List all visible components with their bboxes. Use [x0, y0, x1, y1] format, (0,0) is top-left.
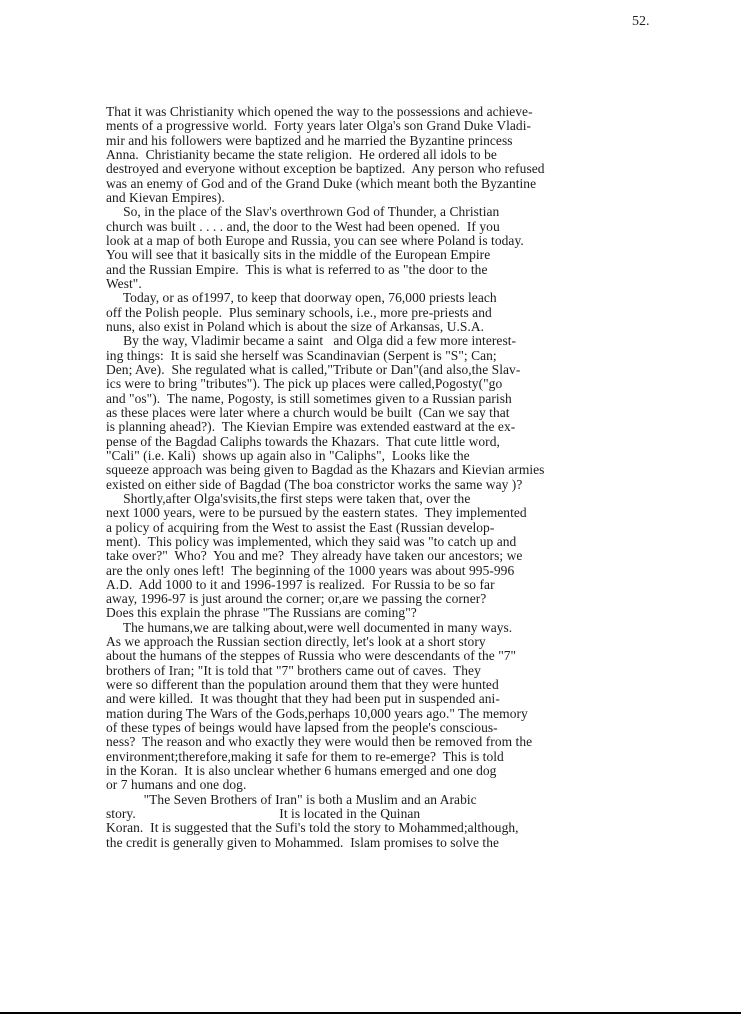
text-line: and "os"). The name, Pogosty, is still s…: [106, 392, 661, 406]
text-line: "Cali" (i.e. Kali) shows up again also i…: [106, 449, 661, 463]
text-line: Shortly,after Olga'svisits,the first ste…: [106, 492, 661, 506]
text-line: environment;therefore,making it safe for…: [106, 750, 661, 764]
text-line: ics were to bring "tributes"). The pick …: [106, 377, 661, 391]
text-line: a policy of acquiring from the West to a…: [106, 521, 661, 535]
text-line: away, 1996-97 is just around the corner;…: [106, 592, 661, 606]
text-line: or 7 humans and one dog.: [106, 778, 661, 792]
text-line: look at a map of both Europe and Russia,…: [106, 234, 661, 248]
text-line: about the humans of the steppes of Russi…: [106, 649, 661, 663]
text-line: church was built . . . . and, the door t…: [106, 220, 661, 234]
text-line: ing things: It is said she herself was S…: [106, 349, 661, 363]
text-line: squeeze approach was being given to Bagd…: [106, 463, 661, 477]
text-line: is planning ahead?). The Kievian Empire …: [106, 420, 661, 434]
text-line: the credit is generally given to Mohamme…: [106, 836, 661, 850]
text-line: was an enemy of God and of the Grand Duk…: [106, 177, 661, 191]
text-line: mir and his followers were baptized and …: [106, 134, 661, 148]
text-line: West".: [106, 277, 661, 291]
text-line: Koran. It is suggested that the Sufi's t…: [106, 821, 661, 835]
text-line: and Kievan Empires).: [106, 191, 661, 205]
text-line: take over?" Who? You and me? They alread…: [106, 549, 661, 563]
text-line: in the Koran. It is also unclear whether…: [106, 764, 661, 778]
text-line: next 1000 years, were to be pursued by t…: [106, 506, 661, 520]
text-line: You will see that it basically sits in t…: [106, 248, 661, 262]
text-line: off the Polish people. Plus seminary sch…: [106, 306, 661, 320]
text-line: By the way, Vladimir became a saint and …: [106, 334, 661, 348]
text-line: are the only ones left! The beginning of…: [106, 564, 661, 578]
text-line: A.D. Add 1000 to it and 1996-1997 is rea…: [106, 578, 661, 592]
text-line: Today, or as of1997, to keep that doorwa…: [106, 291, 661, 305]
text-line: and the Russian Empire. This is what is …: [106, 263, 661, 277]
text-line: story. It is located in the Quinan: [106, 807, 661, 821]
text-line: mation during The Wars of the Gods,perha…: [106, 707, 661, 721]
text-line: So, in the place of the Slav's overthrow…: [106, 205, 661, 219]
text-line: ness? The reason and who exactly they we…: [106, 735, 661, 749]
text-line: As we approach the Russian section direc…: [106, 635, 661, 649]
text-line: were so different than the population ar…: [106, 678, 661, 692]
text-line: Does this explain the phrase "The Russia…: [106, 606, 661, 620]
text-line: existed on either side of Bagdad (The bo…: [106, 478, 661, 492]
text-line: "The Seven Brothers of Iran" is both a M…: [106, 793, 661, 807]
text-line: brothers of Iran; "It is told that "7" b…: [106, 664, 661, 678]
text-line: as these places were later where a churc…: [106, 406, 661, 420]
page-number: 52.: [632, 14, 650, 30]
text-line: of these types of beings would have laps…: [106, 721, 661, 735]
document-body: That it was Christianity which opened th…: [106, 105, 666, 850]
text-line: ment). This policy was implemented, whic…: [106, 535, 661, 549]
text-line: nuns, also exist in Poland which is abou…: [106, 320, 661, 334]
text-line: That it was Christianity which opened th…: [106, 105, 661, 119]
text-line: The humans,we are talking about,were wel…: [106, 621, 661, 635]
text-line: Den; Ave). She regulated what is called,…: [106, 363, 661, 377]
text-line: ments of a progressive world. Forty year…: [106, 119, 661, 133]
text-line: pense of the Bagdad Caliphs towards the …: [106, 435, 661, 449]
text-line: Anna. Christianity became the state reli…: [106, 148, 661, 162]
text-line: and were killed. It was thought that the…: [106, 692, 661, 706]
text-line: destroyed and everyone without exception…: [106, 162, 661, 176]
